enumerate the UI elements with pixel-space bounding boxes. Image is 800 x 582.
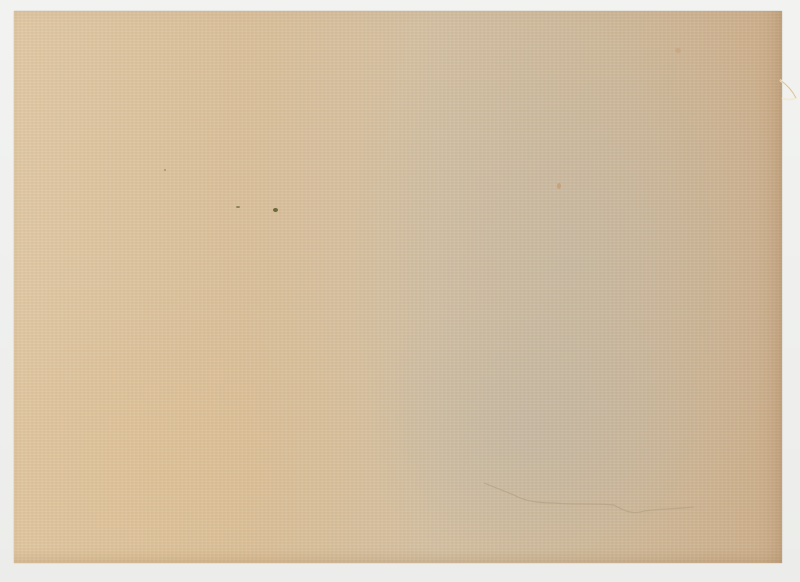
loose-fiber-thread [778,78,800,104]
dark-speck [164,169,166,171]
fiber-speck [557,183,561,189]
water-stain-edge [484,481,704,521]
dark-speck [236,206,240,208]
aged-paper-sheet [14,11,782,563]
fiber-speck [675,48,681,53]
dark-speck [273,208,278,212]
photo-scene [0,0,800,582]
